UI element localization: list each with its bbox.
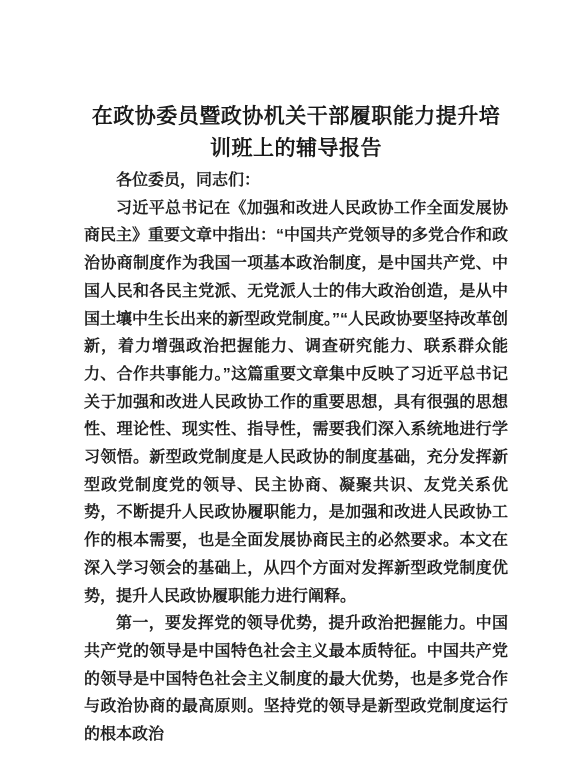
salutation-line: 各位委员，同志们：	[84, 167, 508, 195]
document-title: 在政协委员暨政协机关干部履职能力提升培训班上的辅导报告	[84, 101, 508, 165]
document-page: 在政协委员暨政协机关干部履职能力提升培训班上的辅导报告 各位委员，同志们： 习近…	[0, 0, 586, 759]
paragraph-introduction: 习近平总书记在《加强和改进人民政协工作全面发展协商民主》重要文章中指出：“中国共…	[84, 195, 508, 611]
document-content: 在政协委员暨政协机关干部履职能力提升培训班上的辅导报告 各位委员，同志们： 习近…	[84, 101, 508, 749]
paragraph-first-point: 第一，要发挥党的领导优势，提升政治把握能力。中国共产党的领导是中国特色社会主义最…	[84, 610, 508, 749]
